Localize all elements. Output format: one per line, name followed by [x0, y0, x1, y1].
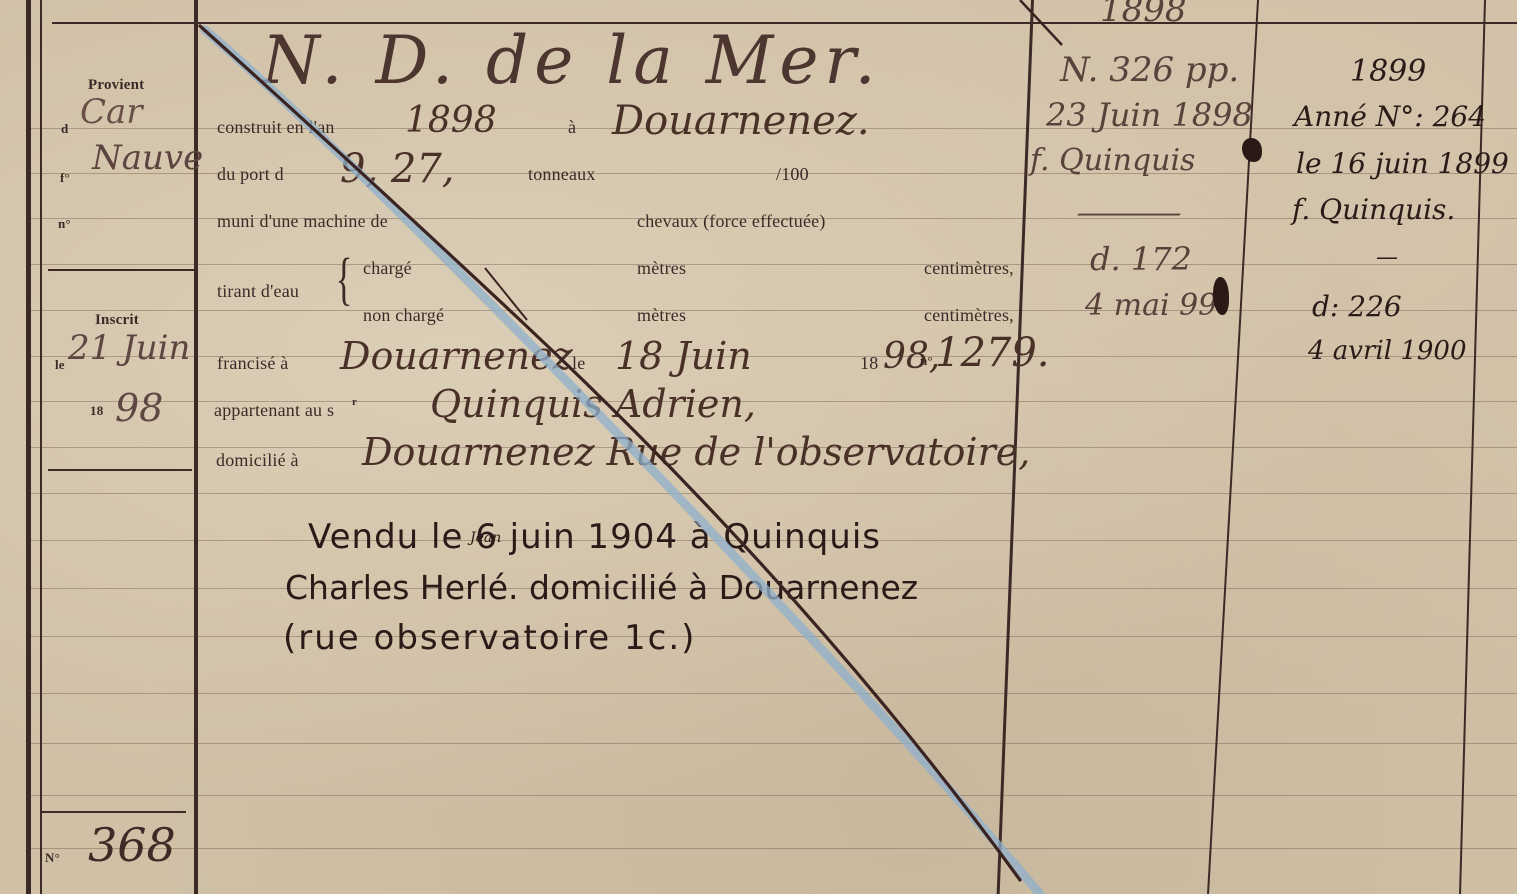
- col3-line-2: Anné N°: 264: [1294, 100, 1486, 133]
- provient-hand-2: Nauve: [92, 138, 203, 178]
- centimetres-label-2: centimètres,: [924, 305, 1014, 326]
- provient-prefix-n: n°: [58, 216, 71, 232]
- col2-separator: —: [1073, 196, 1185, 229]
- col3-line-4: f. Quinquis.: [1292, 193, 1455, 226]
- ruled-line: [30, 264, 1517, 265]
- inscrit-label: Inscrit: [95, 312, 139, 329]
- francise-number: 1279.: [935, 330, 1050, 376]
- owner-name: Quinquis Adrien,: [430, 382, 756, 426]
- construit-place: Douarnenez.: [612, 98, 870, 144]
- registry-page: Provient d f° n° Car Nauve Inscrit le 21…: [0, 0, 1517, 894]
- francise-le-label: le: [572, 353, 585, 374]
- inscrit-year-prefix: 18: [90, 403, 103, 419]
- construit-year: 1898: [405, 100, 497, 141]
- col2-line-2: N. 326 pp.: [1060, 50, 1239, 90]
- brace-glyph: {: [336, 250, 353, 308]
- col2-line-6: d. 172: [1090, 240, 1192, 278]
- appartenant-superscript: r: [352, 396, 357, 408]
- col3-line-3: le 16 juin 1899: [1296, 147, 1509, 180]
- provient-prefix-d: d: [61, 121, 68, 137]
- col3-line-6: d: 226: [1312, 290, 1402, 323]
- francise-place: Douarnenez: [340, 334, 573, 378]
- ruled-line: [30, 493, 1517, 494]
- inscrit-year-suffix: 98: [115, 386, 163, 430]
- ruled-line: [30, 795, 1517, 796]
- francise-date: 18 Juin: [615, 334, 752, 378]
- francise-numero-prefix: n°: [920, 353, 933, 369]
- per-100-label: /100: [776, 164, 809, 185]
- left-border-thin: [40, 0, 42, 894]
- col2-line-7: 4 mai 99: [1085, 288, 1217, 323]
- ruled-line: [30, 848, 1517, 849]
- centimetres-label-1: centimètres,: [924, 258, 1014, 279]
- numero-divider: [40, 811, 186, 813]
- tonneaux-label: tonneaux: [528, 164, 596, 185]
- provient-divider: [48, 269, 194, 271]
- left-border-thick: [26, 0, 31, 894]
- metres-label-2: mètres: [637, 305, 686, 326]
- francise-label: francisé à: [217, 353, 288, 374]
- numero-value: 368: [88, 818, 176, 872]
- provient-hand-1: Car: [80, 92, 143, 132]
- inscrit-date: 21 Juin: [68, 328, 190, 368]
- col3-separator: —: [1376, 245, 1398, 270]
- ruled-line: [30, 310, 1517, 311]
- francise-year-prefix: 18: [860, 353, 878, 374]
- tirant-label: tirant d'eau: [217, 281, 299, 302]
- ruled-line: [30, 743, 1517, 744]
- annotation-line-2: Charles Herlé. domicilié à Douarnenez: [285, 568, 918, 607]
- metres-label-1: mètres: [637, 258, 686, 279]
- construit-label: construit en l'an: [217, 117, 335, 138]
- domicilie-label: domicilié à: [216, 450, 299, 471]
- machine-label: muni d'une machine de: [217, 211, 388, 232]
- col2-line-1: 1898: [1100, 0, 1187, 30]
- annotation-line-3: (rue observatoire 1c.): [283, 618, 696, 658]
- non-charge-label: non chargé: [363, 305, 444, 326]
- col3-line-7: 4 avril 1900: [1308, 336, 1467, 366]
- ship-name: N. D. de la Mer.: [262, 22, 882, 99]
- left-column-divider: [194, 0, 198, 894]
- appartenant-label: appartenant au s: [214, 400, 334, 421]
- inscrit-le-label: le: [55, 357, 65, 373]
- port-value: 9, 27,: [340, 146, 455, 192]
- annotation-line-1: Vendu le 6 juin 1904 à Quinquis: [308, 517, 881, 557]
- charge-label: chargé: [363, 258, 412, 279]
- numero-label: N°: [45, 850, 60, 866]
- inscrit-divider: [48, 469, 192, 471]
- col3-line-1: 1899: [1350, 54, 1426, 89]
- col2-line-3: 23 Juin 1898: [1046, 96, 1253, 134]
- col2-line-4: f. Quinquis: [1030, 143, 1195, 178]
- port-label: du port d: [217, 164, 284, 185]
- domicile-value: Douarnenez Rue de l'observatoire,: [362, 430, 1030, 474]
- provient-prefix-f: f°: [60, 170, 70, 186]
- ink-blot: [1213, 277, 1229, 315]
- ink-blot: [1242, 138, 1262, 162]
- ruled-line: [30, 693, 1517, 694]
- ruled-line: [30, 636, 1517, 637]
- chevaux-label: chevaux (force effectuée): [637, 211, 826, 232]
- construit-a-label: à: [568, 117, 576, 138]
